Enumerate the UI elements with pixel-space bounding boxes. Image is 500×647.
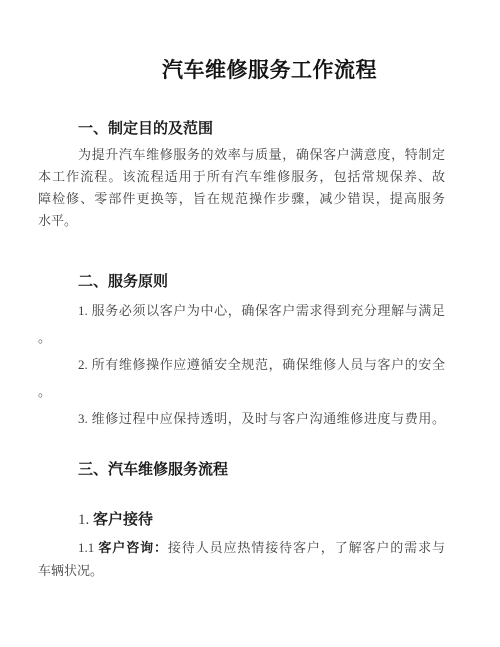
service-principles-list: 1. 服务必须以客户为中心，确保客户需求得到充分理解与满足 。 2. 所有维修操… <box>38 297 445 432</box>
clause-1-1: 1.1 客户咨询：接待人员应热情接待客户，了解客户的需求与 车辆状况。 <box>38 536 445 582</box>
section-2-heading: 二、服务原则 <box>38 271 445 293</box>
document-page: 汽车维修服务工作流程 一、制定目的及范围 为提升汽车维修服务的效率与质量，确保客… <box>0 0 500 582</box>
principle-line: 。 <box>38 324 445 351</box>
principle-line: 2. 所有维修操作应遵循安全规范，确保维修人员与客户的安全 <box>38 351 445 378</box>
clause-number: 1.1 <box>78 540 94 555</box>
document-title: 汽车维修服务工作流程 <box>38 0 445 86</box>
principle-line: 3. 维修过程中应保持透明，及时与客户沟通维修进度与费用。 <box>38 405 445 432</box>
clause-line: 车辆状况。 <box>38 559 445 582</box>
principle-line: 1. 服务必须以客户为中心，确保客户需求得到充分理解与满足 <box>38 297 445 324</box>
section-1-paragraph: 为提升汽车维修服务的效率与质量，确保客户满意度，特制定 本工作流程。该流程适用于… <box>38 144 445 232</box>
subsection-title: 客户接待 <box>93 512 153 528</box>
principle-line: 。 <box>38 378 445 405</box>
subsection-1-heading: 1. 客户接待 <box>38 509 445 531</box>
paragraph-line: 本工作流程。该流程适用于所有汽车维修服务，包括常规保养、故 <box>38 166 445 188</box>
paragraph-line: 障检修、零部件更换等，旨在规范操作步骤，减少错误，提高服务 <box>38 188 445 210</box>
paragraph-line: 水平。 <box>38 210 445 232</box>
clause-line: 1.1 客户咨询：接待人员应热情接待客户，了解客户的需求与 <box>38 536 445 559</box>
section-3-heading: 三、汽车维修服务流程 <box>38 459 445 481</box>
section-1-heading: 一、制定目的及范围 <box>38 118 445 140</box>
clause-text: 接待人员应热情接待客户，了解客户的需求与 <box>168 540 445 555</box>
subsection-number: 1. <box>78 512 89 528</box>
clause-label: 客户咨询： <box>98 540 168 555</box>
paragraph-line: 为提升汽车维修服务的效率与质量，确保客户满意度，特制定 <box>38 144 445 166</box>
